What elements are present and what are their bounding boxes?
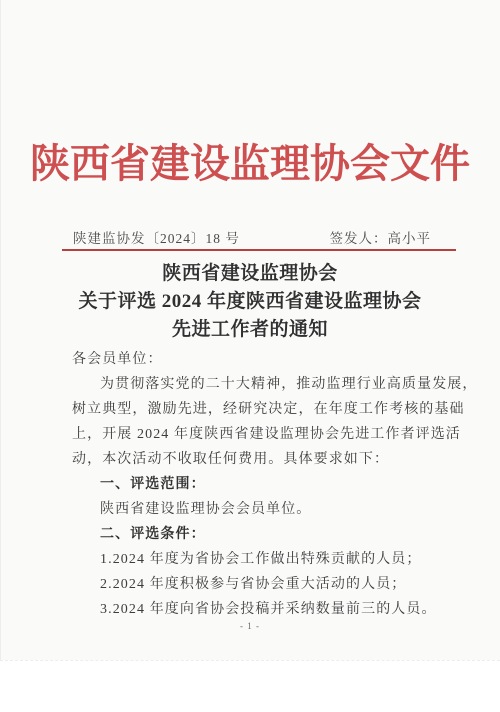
numbered-item-1: 1.2024 年度为省协会工作做出特殊贡献的人员； (72, 547, 448, 572)
page-number: - 1 - (0, 621, 500, 631)
doc-number-row: 陕建监协发〔2024〕18 号 签发人：高小平 (73, 227, 431, 247)
section-heading-1: 一、评选范围： (72, 472, 448, 497)
numbered-item-2: 2.2024 年度积极参与省协会重大活动的人员； (72, 572, 448, 597)
paragraph-line: 树立典型，激励先进，经研究决定，在年度工作考核的基础 (72, 397, 448, 422)
issuer: 签发人：高小平 (330, 227, 432, 247)
issuer-name: 高小平 (388, 231, 432, 246)
red-divider-line (62, 249, 456, 251)
notice-body: 各会员单位： 为贯彻落实党的二十大精神，推动监理行业高质量发展， 树立典型，激励… (72, 347, 448, 622)
agency-header-title: 陕西省建设监理协会文件 (0, 132, 500, 189)
doc-number: 陕建监协发〔2024〕18 号 (73, 227, 240, 247)
notice-title-line-2: 关于评选 2024 年度陕西省建设监理协会 (0, 288, 500, 316)
paragraph-line: 为贯彻落实党的二十大精神，推动监理行业高质量发展， (72, 372, 448, 397)
scanned-document-page: 陕西省建设监理协会文件 陕建监协发〔2024〕18 号 签发人：高小平 陕西省建… (0, 0, 500, 712)
notice-title-line-1: 陕西省建设监理协会 (0, 260, 500, 288)
notice-title-line-3: 先进工作者的通知 (0, 316, 500, 344)
section-content-line: 陕西省建设监理协会会员单位。 (72, 497, 448, 522)
paragraph-line: 动，本次活动不收取任何费用。具体要求如下： (72, 447, 448, 472)
numbered-item-3: 3.2024 年度向省协会投稿并采纳数量前三的人员。 (72, 597, 448, 622)
notice-title: 陕西省建设监理协会 关于评选 2024 年度陕西省建设监理协会 先进工作者的通知 (0, 260, 500, 344)
paragraph-line: 上，开展 2024 年度陕西省建设监理协会先进工作者评选活 (72, 422, 448, 447)
issuer-label: 签发人： (330, 231, 388, 246)
scan-edge-artifact (0, 660, 500, 712)
salutation-line: 各会员单位： (72, 347, 448, 372)
section-heading-2: 二、评选条件： (72, 522, 448, 547)
